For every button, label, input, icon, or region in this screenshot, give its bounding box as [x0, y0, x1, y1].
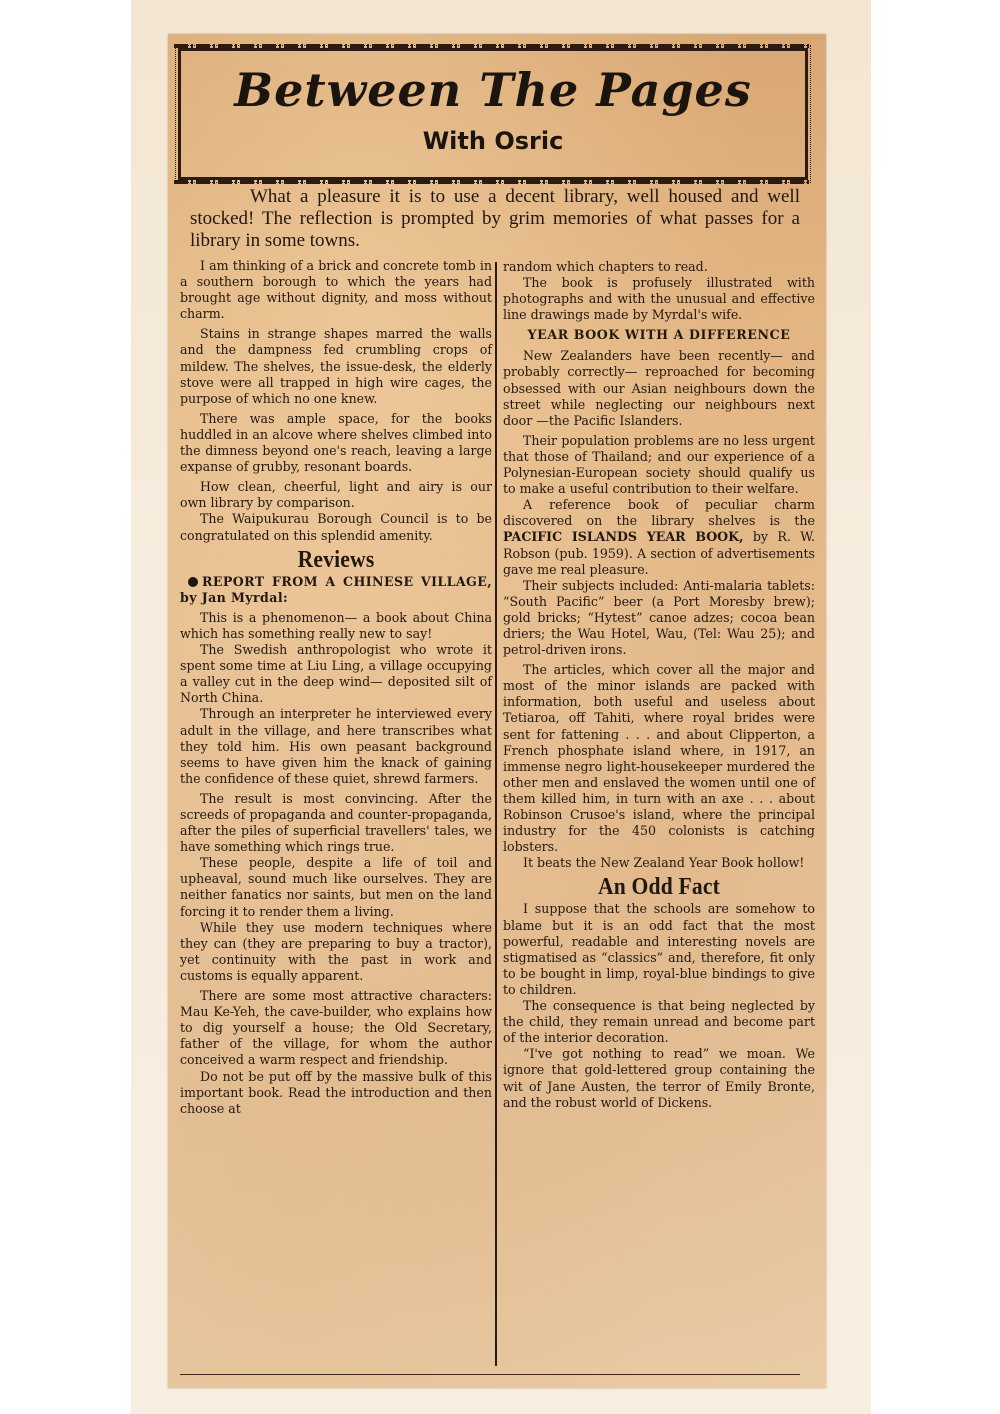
odd-fact-heading: An Odd Fact	[519, 879, 800, 895]
review-book-author: by Jan Myrdal:	[180, 590, 288, 605]
paragraph: New Zealanders have been recently— and p…	[503, 348, 815, 428]
review-title-line: REPORT FROM A CHINESE VILLAGE, by Jan My…	[180, 574, 492, 606]
bullet-icon	[188, 577, 198, 587]
bottom-rule	[180, 1374, 800, 1375]
column-title: Between The Pages	[181, 63, 805, 117]
paragraph: Do not be put off by the massive bulk of…	[180, 1069, 492, 1117]
paragraph: I am thinking of a brick and concrete to…	[180, 258, 492, 322]
paragraph: There was ample space, for the books hud…	[180, 411, 492, 475]
paragraph: The consequence is that being neglected …	[503, 998, 815, 1046]
paragraph: There are some most attractive character…	[180, 988, 492, 1068]
newspaper-clipping: Between The Pages With Osric What a plea…	[168, 34, 826, 1388]
reviews-heading: Reviews	[196, 552, 477, 568]
paragraph: I suppose that the schools are somehow t…	[503, 901, 815, 998]
paragraph: The result is most convincing. After the…	[180, 791, 492, 855]
paragraph: Their subjects included: Anti-malaria ta…	[503, 578, 815, 658]
paragraph: The book is profusely illustrated with p…	[503, 275, 815, 323]
column-byline: With Osric	[181, 127, 805, 155]
paragraph: These people, despite a life of toil and…	[180, 855, 492, 919]
paragraph: “I've got nothing to read” we moan. We i…	[503, 1046, 815, 1110]
masthead-box: Between The Pages With Osric	[178, 48, 808, 180]
right-column: random which chapters to read. The book …	[503, 259, 815, 1115]
intro-paragraph: What a pleasure it is to use a decent li…	[190, 186, 800, 252]
paragraph: The Swedish anthropologist who wrote it …	[180, 642, 492, 706]
paragraph: Through an interpreter he interviewed ev…	[180, 706, 492, 786]
reference-book-title: PACIFIC ISLANDS YEAR BOOK,	[503, 529, 743, 544]
reference-text: A reference book of peculiar charm disco…	[503, 497, 815, 528]
yearbook-heading: YEAR BOOK WITH A DIFFERENCE	[503, 327, 815, 342]
paragraph-reference: A reference book of peculiar charm disco…	[503, 497, 815, 577]
column-divider	[495, 262, 497, 1366]
review-book-title: REPORT FROM A CHINESE VILLAGE,	[202, 574, 492, 589]
left-column: I am thinking of a brick and concrete to…	[180, 258, 492, 1121]
paragraph: The Waipukurau Borough Council is to be …	[180, 511, 492, 543]
paragraph: This is a phenomenon— a book about China…	[180, 610, 492, 642]
paragraph: How clean, cheerful, light and airy is o…	[180, 479, 492, 511]
paragraph-continuation: random which chapters to read.	[503, 259, 815, 275]
paragraph: It beats the New Zealand Year Book hollo…	[503, 855, 815, 871]
paragraph: The articles, which cover all the major …	[503, 662, 815, 855]
paragraph: Stains in strange shapes marred the wall…	[180, 326, 492, 406]
paragraph: While they use modern techniques where t…	[180, 920, 492, 984]
paragraph: Their population problems are no less ur…	[503, 433, 815, 497]
